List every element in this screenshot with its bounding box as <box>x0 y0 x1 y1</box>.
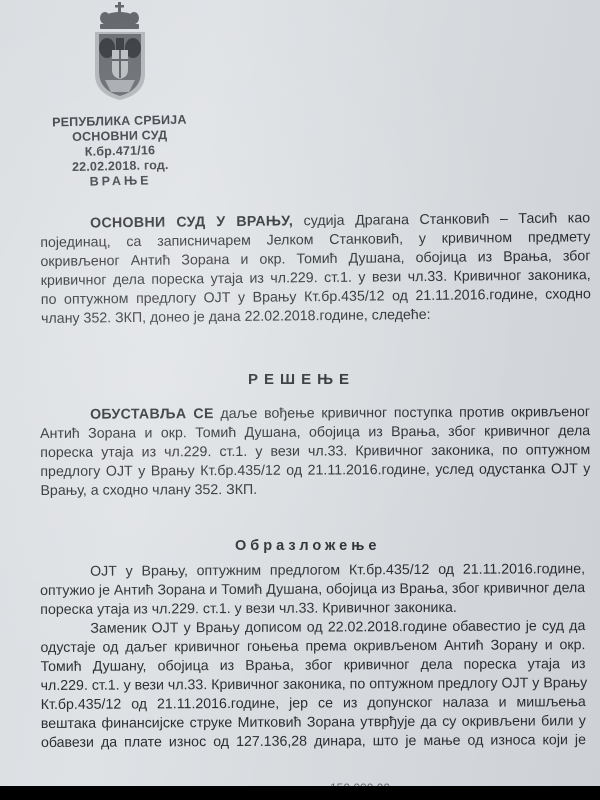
decision-lead: ОБУСТАВЉА СЕ <box>90 406 214 423</box>
decision-paragraph: ОБУСТАВЉА СЕ даље вођење кривичног посту… <box>40 403 590 501</box>
reasoning-line: оптужио је Антић Зорана и Томић Душана, … <box>40 579 585 601</box>
document-page: РЕПУБЛИКА СРБИЈА ОСНОВНИ СУД К.бр.471/16… <box>0 0 600 786</box>
header-city: ВРАЊЕ <box>40 172 200 190</box>
reasoning-line: обавези да плате износ од 127.136,28 дин… <box>41 731 586 753</box>
court-header: РЕПУБЛИКА СРБИЈА ОСНОВНИ СУД К.бр.471/16… <box>39 112 201 190</box>
cut-off-text: 150.000,00 <box>330 781 390 786</box>
decision-line: предлогу ОЈТ у Врању Кт.бр.435/12 од 21.… <box>40 460 590 482</box>
serbia-coat-of-arms-icon <box>89 2 151 102</box>
reasoning-paragraph: ОЈТ у Врању, оптужним предлогом Кт.бр.43… <box>40 560 586 753</box>
section-title-decision: РЕШЕЊЕ <box>248 371 355 388</box>
intro-paragraph: ОСНОВНИ СУД У ВРАЊУ, судија Драгана Стан… <box>40 209 591 329</box>
intro-lead: ОСНОВНИ СУД У ВРАЊУ, <box>90 213 293 231</box>
section-title-reasoning: Образложење <box>235 538 380 554</box>
decision-line: Врању, а сходно члану 352. ЗКП. <box>40 479 590 501</box>
